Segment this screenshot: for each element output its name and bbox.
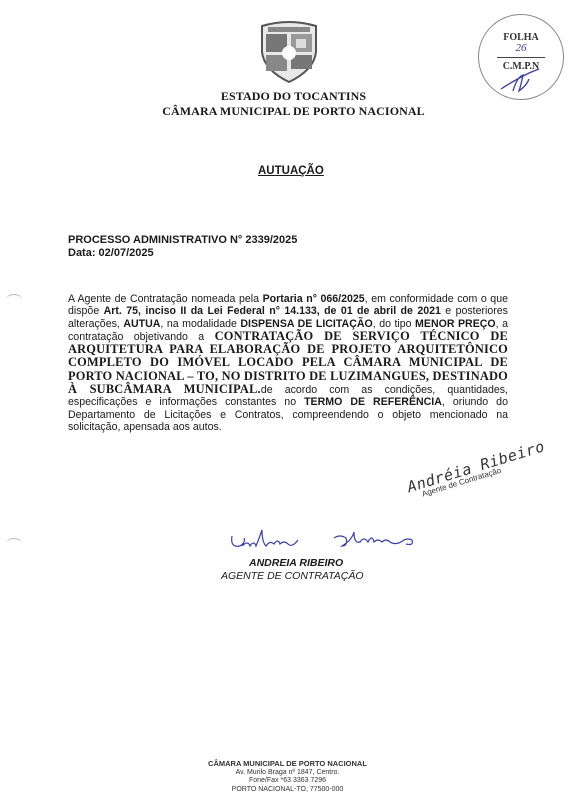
state-heading: ESTADO DO TOCANTINS [6,89,575,104]
footer-city: PORTO NACIONAL-TO, 77500-000 [0,786,575,794]
footer: CÂMARA MUNICIPAL DE PORTO NACIONAL Av. M… [0,760,575,794]
body-run: A Agente de Contratação nomeada pela [68,293,263,305]
body-run: Art. 75, inciso II da Lei Federal n° 14.… [104,305,441,317]
folha-divider [497,57,545,58]
signatory-name: ANDREIA RIBEIRO [249,557,343,569]
body-run: Portaria n° 066/2025 [263,293,365,305]
body-run: , na modalidade [160,318,240,330]
handwritten-signature-icon [228,526,428,556]
body-run: DISPENSA DE LICITAÇÃO [240,318,372,330]
footer-phone: Fone/Fax *63 3363 7296 [0,777,575,786]
folha-page-number: 26 [479,42,563,54]
footer-institution: CÂMARA MUNICIPAL DE PORTO NACIONAL [0,760,575,769]
folha-stamp: FOLHA 26 C.M.P.N [478,14,564,100]
document-body: A Agente de Contratação nomeada pela Por… [68,293,508,433]
footer-address: Av. Murilo Braga nº 1847, Centro. [0,769,575,778]
body-run: AUTUA [123,318,160,330]
punch-hole-mark [6,294,22,305]
punch-hole-mark [6,538,22,549]
body-run: TERMO DE REFERÊNCIA [304,396,442,408]
name-stamp: Andréia Ribeiro Agente de Contratação [405,437,549,502]
initials-signature-icon [499,67,543,93]
body-run: , do tipo [373,318,415,330]
process-number: PROCESSO ADMINISTRATIVO N° 2339/2025 [68,234,297,247]
body-run: MENOR PREÇO [415,318,496,330]
signatory-role: AGENTE DE CONTRATAÇÃO [221,570,364,582]
coat-of-arms-icon [256,18,322,84]
institution-heading: CÂMARA MUNICIPAL DE PORTO NACIONAL [6,104,575,119]
process-block: PROCESSO ADMINISTRATIVO N° 2339/2025 Dat… [68,234,297,260]
document-title: AUTUAÇÃO [258,165,324,177]
process-date: Data: 02/07/2025 [68,247,297,260]
